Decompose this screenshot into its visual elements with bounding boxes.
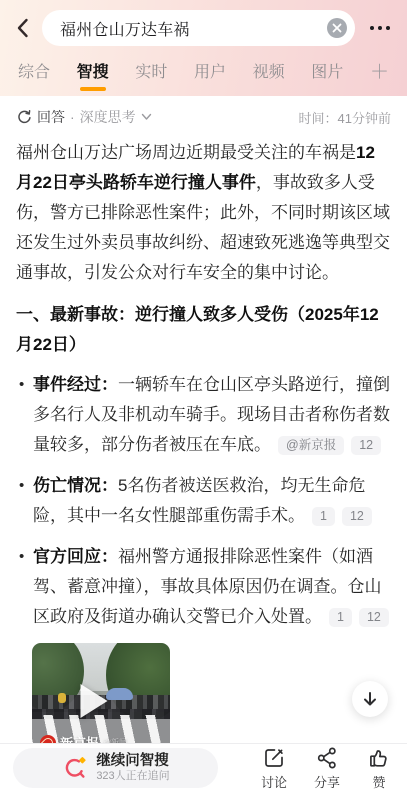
smart-search-logo-icon [61,755,88,782]
ask-text-block: 继续问智搜 323人正在追问 [96,752,169,784]
tab-bar: 综合 智搜 实时 用户 视频 图片 ＋ [0,48,407,98]
tab-smart-search[interactable]: 智搜 [77,55,109,92]
ask-subtitle: 323人正在追问 [96,770,169,784]
tab-more-plus[interactable]: ＋ [370,53,389,94]
bullet-label: 事件经过： [33,375,118,394]
citation-badge[interactable]: 12 [351,436,381,455]
bullet-item-event: 事件经过：一辆轿车在仓山区亭头路逆行，撞倒多名行人及非机动车骑手。现场目击者称伤… [16,370,391,460]
bullet-label: 伤亡情况： [33,476,118,495]
like-button[interactable]: 赞 [367,746,391,791]
thumbnail-yellow-vest [58,693,66,703]
share-icon [315,746,339,770]
clear-search-icon[interactable] [327,18,347,38]
intro-text: 福州仓山万达广场周边近期最受关注的车祸是 [16,143,356,162]
share-label: 分享 [314,772,340,791]
play-icon[interactable] [81,684,108,718]
answer-body: 福州仓山万达广场周边近期最受关注的车祸是12月22日亭头路轿车逆行撞人事件，事故… [0,138,407,759]
bullet-item-casualties: 伤亡情况：5名伤者被送医救治，均无生命危险，其中一名女性腿部重伤需手术。112 [16,471,391,531]
chevron-left-icon [13,17,33,39]
active-tab-underline [80,87,106,91]
tab-users[interactable]: 用户 [194,55,226,92]
chevron-down-icon [141,113,152,121]
more-menu-button[interactable] [365,20,395,36]
citation-badge[interactable]: 12 [342,507,372,526]
citation-badge[interactable]: 1 [329,608,352,627]
tab-realtime[interactable]: 实时 [135,55,167,92]
citation-badge[interactable]: 12 [359,608,389,627]
dot [386,26,390,30]
nav-row: 福州仓山万达车祸 [0,0,407,48]
scroll-down-button[interactable] [352,681,388,717]
arrow-down-icon [361,690,379,708]
bottom-action-bar: 继续问智搜 323人正在追问 讨论 分享 [0,743,407,800]
search-header: 福州仓山万达车祸 综合 智搜 实时 用户 视频 图片 ＋ [0,0,407,96]
tab-comprehensive[interactable]: 综合 [18,55,50,92]
answer-mode-selector[interactable]: 回答 · 深度思考 [16,107,152,127]
bullet-list: 事件经过：一辆轿车在仓山区亭头路逆行，撞倒多名行人及非机动车骑手。现场目击者称伤… [16,370,391,632]
citation-badge[interactable]: 1 [312,507,335,526]
mode-label: 深度思考 [80,107,136,127]
bullet-label: 官方回应： [33,547,118,566]
answer-timestamp: 时间：41分钟前 [299,108,391,127]
dot [370,26,374,30]
continue-ask-button[interactable]: 继续问智搜 323人正在追问 [13,748,218,788]
search-input[interactable]: 福州仓山万达车祸 [42,10,355,46]
back-button[interactable] [10,15,36,41]
video-thumbnail[interactable]: 新京报 动新闻 [32,643,170,759]
search-query-text[interactable]: 福州仓山万达车祸 [60,17,327,40]
share-button[interactable]: 分享 [314,746,340,791]
x-icon [332,23,342,33]
discuss-button[interactable]: 讨论 [261,746,287,791]
separator: · [70,109,75,125]
bullet-item-official: 官方回应：福州警方通报排除恶性案件（如酒驾、蓄意冲撞），事故具体原因仍在调查。仓… [16,542,391,632]
like-label: 赞 [372,772,385,791]
discuss-label: 讨论 [261,772,287,791]
dot [378,26,382,30]
thumbnail-blue-umbrella [106,688,133,700]
answer-intro-paragraph: 福州仓山万达广场周边近期最受关注的车祸是12月22日亭头路轿车逆行撞人事件，事故… [16,138,391,288]
regenerate-icon [16,109,32,125]
tab-images[interactable]: 图片 [311,55,343,92]
answer-meta-row: 回答 · 深度思考 时间：41分钟前 [0,96,407,128]
tab-videos[interactable]: 视频 [253,55,285,92]
search-results-screen: 福州仓山万达车祸 综合 智搜 实时 用户 视频 图片 ＋ 回答 · 深 [0,0,407,800]
compose-icon [262,746,286,770]
section-title: 一、最新事故：逆行撞人致多人受伤（2025年12月22日） [16,300,391,360]
ask-title: 继续问智搜 [96,752,169,770]
source-badge[interactable]: @新京报 [278,436,344,455]
thumbs-up-icon [367,746,391,770]
answer-label: 回答 [37,107,65,127]
footer-actions: 讨论 分享 赞 [261,746,391,791]
